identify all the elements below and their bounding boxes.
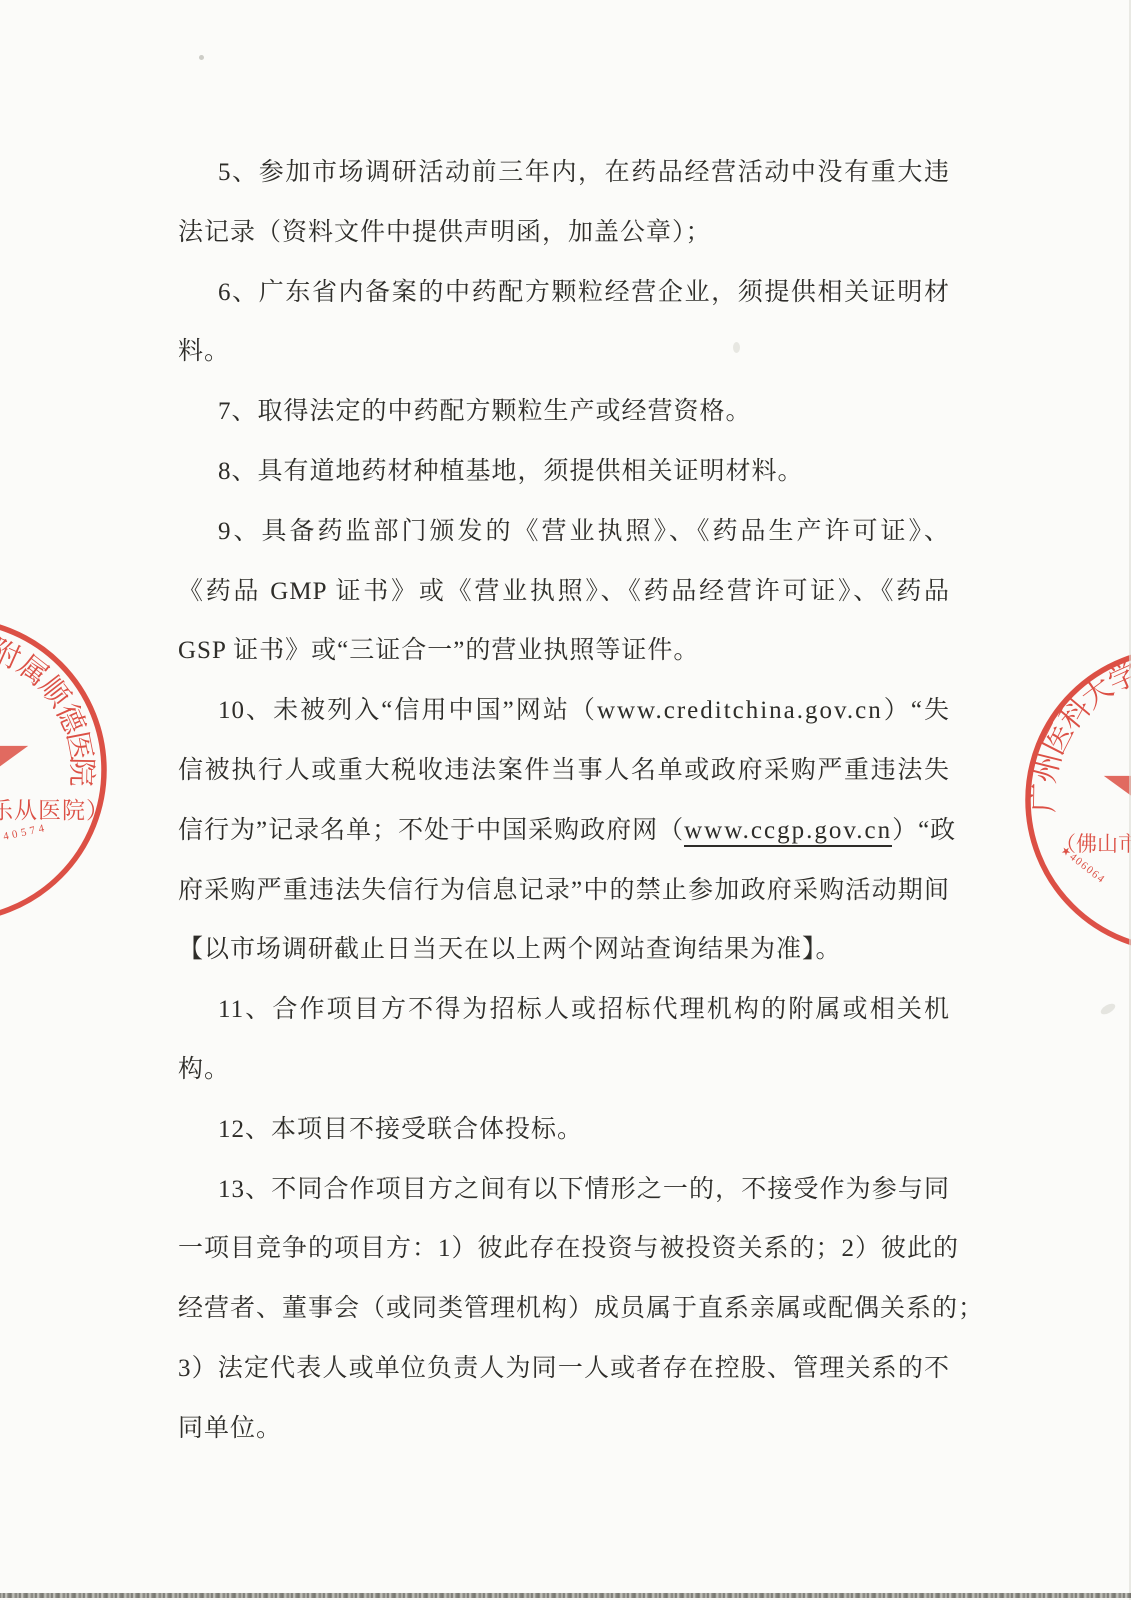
doc-line-18: 13、不同合作项目方之间有以下情形之一的，不接受作为参与同 [178, 1173, 950, 1207]
text-segment: 府采购严重违法失信行为信息记录”中的禁止参加政府采购活动期间 [178, 877, 950, 904]
doc-line-10: 10、未被列入“信用中国”网站（www.creditchina.gov.cn）“… [178, 694, 950, 728]
doc-line-20: 经营者、董事会（或同类管理机构）成员属于直系亲属或配偶关系的； [178, 1292, 950, 1326]
text-segment: 信行为”记录名单；不处于中国采购政府网（ [178, 817, 684, 844]
doc-line-6: 8、具有道地药材种植基地，须提供相关证明材料。 [178, 455, 950, 489]
doc-line-4: 料。 [178, 335, 950, 369]
doc-line-21: 3）法定代表人或单位负责人为同一人或者存在控股、管理关系的不 [178, 1352, 950, 1386]
text-segment: www.creditchina.gov.cn [597, 697, 883, 724]
doc-line-16: 构。 [178, 1053, 950, 1087]
doc-line-17: 12、本项目不接受联合体投标。 [178, 1113, 950, 1147]
doc-line-1: 5、参加市场调研活动前三年内，在药品经营活动中没有重大违 [178, 156, 950, 190]
doc-line-22: 同单位。 [178, 1412, 950, 1446]
text-segment: 一项目竞争的项目方：1）彼此存在投资与被投资关系的；2）彼此的 [178, 1235, 959, 1262]
doc-line-5: 7、取得法定的中药配方颗粒生产或经营资格。 [178, 395, 950, 429]
scan-smudge [199, 55, 204, 60]
text-segment: 料。 [178, 338, 230, 365]
doc-line-9: GSP 证书》或“三证合一”的营业执照等证件。 [178, 634, 950, 668]
scan-artifact-bottom-edge [0, 1593, 1131, 1598]
text-segment: 5、参加市场调研活动前三年内，在药品经营活动中没有重大违 [218, 159, 950, 186]
text-segment: 11、合作项目方不得为招标人或招标代理机构的附属或相关机 [218, 996, 950, 1023]
doc-line-11: 信被执行人或重大税收违法案件当事人名单或政府采购严重违法失 [178, 754, 950, 788]
text-segment: 10、未被列入“信用中国”网站（ [218, 697, 597, 724]
text-segment: 7、取得法定的中药配方颗粒生产或经营资格。 [218, 398, 752, 425]
text-segment: 【以市场调研截止日当天在以上两个网站查询结果为准】。 [178, 936, 842, 963]
text-segment: 6、广东省内备案的中药配方颗粒经营企业，须提供相关证明材 [218, 279, 950, 306]
scanned-page: 5、参加市场调研活动前三年内，在药品经营活动中没有重大违法记录（资料文件中提供声… [0, 0, 1131, 1600]
text-segment: GSP 证书》或“三证合一”的营业执照等证件。 [178, 637, 699, 664]
text-segment: 经营者、董事会（或同类管理机构）成员属于直系亲属或配偶关系的； [178, 1295, 984, 1322]
doc-line-14: 【以市场调研截止日当天在以上两个网站查询结果为准】。 [178, 933, 950, 967]
scan-smudge [733, 342, 740, 353]
doc-line-7: 9、具备药监部门颁发的《营业执照》、《药品生产许可证》、 [178, 515, 950, 549]
text-segment: 12、本项目不接受联合体投标。 [218, 1116, 583, 1143]
doc-line-3: 6、广东省内备案的中药配方颗粒经营企业，须提供相关证明材 [178, 276, 950, 310]
text-segment: 9、具备药监部门颁发的《营业执照》、《药品生产许可证》、 [218, 518, 950, 545]
text-segment: ）“政 [892, 817, 956, 844]
text-segment: 信被执行人或重大税收违法案件当事人名单或政府采购严重违法失 [178, 757, 950, 784]
text-segment: 3）法定代表人或单位负责人为同一人或者存在控股、管理关系的不 [178, 1355, 950, 1382]
doc-line-13: 府采购严重违法失信行为信息记录”中的禁止参加政府采购活动期间 [178, 874, 950, 908]
text-segment: 13、不同合作项目方之间有以下情形之一的，不接受作为参与同 [218, 1176, 950, 1203]
text-segment: 同单位。 [178, 1415, 282, 1442]
text-segment: 8、具有道地药材种植基地，须提供相关证明材料。 [218, 458, 804, 485]
text-segment: 《药品 GMP 证书》或《营业执照》、《药品经营许可证》、《药品 [178, 578, 950, 605]
doc-line-8: 《药品 GMP 证书》或《营业执照》、《药品经营许可证》、《药品 [178, 575, 950, 609]
text-segment: ）“失 [883, 697, 950, 724]
underlined-url-text: www.ccgp.gov.cn [684, 817, 892, 847]
doc-line-2: 法记录（资料文件中提供声明函，加盖公章）； [178, 216, 950, 250]
doc-line-12: 信行为”记录名单；不处于中国采购政府网（www.ccgp.gov.cn）“政 [178, 814, 950, 848]
doc-line-19: 一项目竞争的项目方：1）彼此存在投资与被投资关系的；2）彼此的 [178, 1232, 950, 1266]
text-segment: 构。 [178, 1056, 230, 1083]
doc-line-15: 11、合作项目方不得为招标人或招标代理机构的附属或相关机 [178, 993, 950, 1027]
document-body: 5、参加市场调研活动前三年内，在药品经营活动中没有重大违法记录（资料文件中提供声… [0, 0, 1131, 1600]
text-segment: 法记录（资料文件中提供声明函，加盖公章）； [178, 219, 712, 246]
